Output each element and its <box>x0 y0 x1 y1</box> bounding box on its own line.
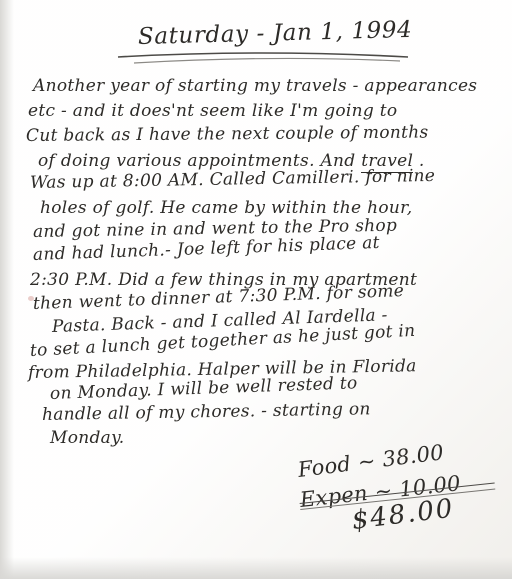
journal-line-3: Cut back as I have the next couple of mo… <box>26 122 429 146</box>
journal-line-16: Monday. <box>50 428 124 448</box>
paper-speck <box>28 296 34 301</box>
entry-date-title: Saturday - Jan 1, 1994 <box>138 17 413 50</box>
journal-line-2: etc - and it does'nt seem like I'm going… <box>28 101 397 121</box>
title-underline-flourish <box>110 48 416 68</box>
journal-line-6: holes of golf. He came by within the hou… <box>40 198 412 218</box>
journal-line-1: Another year of starting my travels - ap… <box>33 76 477 96</box>
journal-page: Saturday - Jan 1, 1994 Another year of s… <box>0 0 512 579</box>
journal-line-15: handle all of my chores. - starting on <box>42 399 371 425</box>
